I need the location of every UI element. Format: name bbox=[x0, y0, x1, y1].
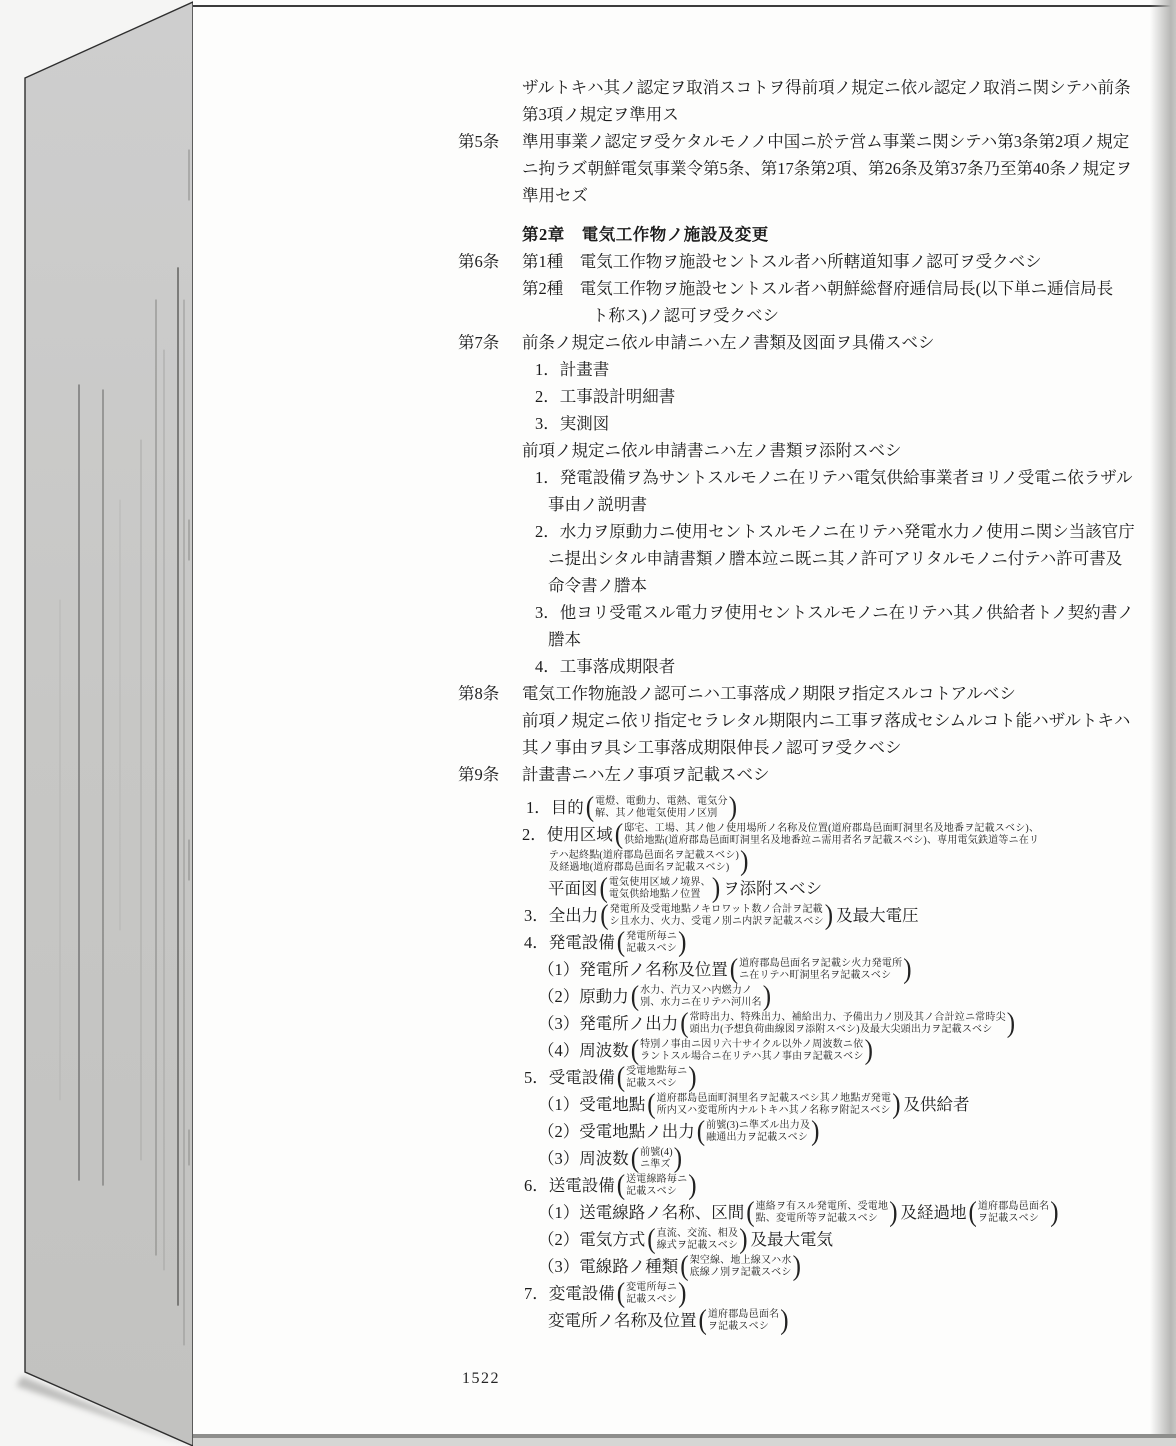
article5-number: 第5条 bbox=[458, 128, 499, 155]
document-text: ザルトキハ其ノ認定ヲ取消スコトヲ得前項ノ規定ニ依ル認定ノ取消ニ関シテハ前条 第3… bbox=[0, 0, 1176, 1446]
body-line: ザルトキハ其ノ認定ヲ取消スコトヲ得前項ノ規定ニ依ル認定ノ取消ニ関シテハ前条 bbox=[0, 74, 1176, 101]
annotation-parens: 道府郡島邑面名ヲ記載スベシ bbox=[698, 1308, 790, 1333]
annotation-parens: 架空線、地上線又ハ水底線ノ別ヲ記載スベシ bbox=[679, 1254, 802, 1279]
scanned-book-photo: { "page_number": "1522", "colors": { "pa… bbox=[0, 0, 1176, 1446]
article8-line: 第8条 電気工作物施設ノ認可ニハ工事落成ノ期限ヲ指定スルコトアルベシ bbox=[0, 680, 1176, 707]
annotation-parens: 送電線路毎ニ記載スベシ bbox=[616, 1173, 698, 1198]
list-item-continuation: 事由ノ説明書 bbox=[0, 491, 1176, 518]
page-number: 1522 bbox=[462, 1370, 500, 1388]
annotation-parens: 発電所毎ニ記載スベシ bbox=[616, 930, 688, 955]
article9-item-5-3: （3）周波数 前號(4)ニ準ズ bbox=[0, 1145, 1176, 1172]
article9-item-5-1: （1）受電地點 道府郡島邑面町洞里名ヲ記載スベシ其ノ地點ガ発電所内又ハ変電所内ナ… bbox=[0, 1091, 1176, 1118]
article5-line: 準用セズ bbox=[0, 182, 1176, 209]
article9-item-7-continuation: 変電所ノ名称及位置 道府郡島邑面名ヲ記載スベシ bbox=[0, 1307, 1176, 1334]
annotation-parens: 連絡ヲ有スル発電所、受電地點、変電所等ヲ記載スベシ bbox=[745, 1200, 898, 1225]
article9-line: 第9条 計畫書ニハ左ノ事項ヲ記載スベシ bbox=[0, 761, 1176, 788]
annotation-parens: 水力、汽力又ハ内燃力ノ別、水力ニ在リテハ河川名 bbox=[630, 984, 772, 1009]
article9-item-5-2: （2）受電地點ノ出力 前號(3)ニ準ズル出力及融通出力ヲ記載スベシ bbox=[0, 1118, 1176, 1145]
article9-item-6: 6．送電設備 送電線路毎ニ記載スベシ bbox=[0, 1172, 1176, 1199]
article9-item-7: 7．変電設備 変電所毎ニ記載スベシ bbox=[0, 1280, 1176, 1307]
article5-line: ニ拘ラズ朝鮮電気事業令第5条、第17条第2項、第26条及第37条乃至第40条ノ規… bbox=[0, 155, 1176, 182]
article9-item-6-1: （1）送電線路ノ名称、区間 連絡ヲ有スル発電所、受電地點、変電所等ヲ記載スベシ … bbox=[0, 1199, 1176, 1226]
list-item: 3．実測図 bbox=[0, 410, 1176, 437]
annotation-parens: 発電所及受電地點ノキロワット数ノ合計ヲ記載シ且水力、火力、受電ノ別ニ内訳ヲ記載ス… bbox=[599, 903, 834, 928]
article6-line: ト称ス)ノ認可ヲ受クベシ bbox=[0, 302, 1176, 329]
list-item: 2．工事設計明細書 bbox=[0, 383, 1176, 410]
article9-item-4-2: （2）原動力 水力、汽力又ハ内燃力ノ別、水力ニ在リテハ河川名 bbox=[0, 983, 1176, 1010]
list-item-continuation: ニ提出シタル申請書類ノ謄本竝ニ既ニ其ノ許可アリタルモノニ付テハ許可書及 bbox=[0, 545, 1176, 572]
article7-line: 前項ノ規定ニ依ル申請書ニハ左ノ書類ヲ添附スベシ bbox=[0, 437, 1176, 464]
article6-line: 第6条 第1種 電気工作物ヲ施設セントスル者ハ所轄道知事ノ認可ヲ受クベシ bbox=[0, 248, 1176, 275]
list-item: 3．他ヨリ受電スル電力ヲ使用セントスルモノニ在リテハ其ノ供給者トノ契約書ノ bbox=[0, 599, 1176, 626]
text-column: ザルトキハ其ノ認定ヲ取消スコトヲ得前項ノ規定ニ依ル認定ノ取消ニ関シテハ前条 第3… bbox=[0, 74, 1176, 1334]
annotation-parens: 邸宅、工場、其ノ他ノ使用場所ノ名称及位置(道府郡島邑面町洞里名及地番ヲ記載スベシ… bbox=[614, 822, 1039, 847]
list-item-continuation: 命令書ノ謄本 bbox=[0, 572, 1176, 599]
annotation-parens: テハ起終點(道府郡島邑面名ヲ記載スベシ)及経過地(道府郡島邑面名ヲ記載スベシ) bbox=[549, 849, 749, 874]
article9-item-5: 5．受電設備 受電地點毎ニ記載スベシ bbox=[0, 1064, 1176, 1091]
article7-line: 第7条 前条ノ規定ニ依ル申請ニハ左ノ書類及図面ヲ具備スベシ bbox=[0, 329, 1176, 356]
list-item-continuation: 謄本 bbox=[0, 626, 1176, 653]
article5-line: 第5条 準用事業ノ認定ヲ受ケタルモノノ中国ニ於テ営ム事業ニ関シテハ第3条第2項ノ… bbox=[0, 128, 1176, 155]
article6-line: 第2種 電気工作物ヲ施設セントスル者ハ朝鮮総督府逓信局長(以下単ニ逓信局長 bbox=[0, 275, 1176, 302]
article8-number: 第8条 bbox=[458, 680, 499, 707]
article9-item-2: 2．使用区域 邸宅、工場、其ノ他ノ使用場所ノ名称及位置(道府郡島邑面町洞里名及地… bbox=[0, 821, 1176, 848]
annotation-parens: 電気使用区域ノ境界、電気供給地點ノ位置 bbox=[599, 876, 722, 901]
article9-number: 第9条 bbox=[458, 761, 499, 788]
article9-item-4-3: （3）発電所ノ出力 常時出力、特殊出力、補給出力、予備出力ノ別及其ノ合計竝ニ常時… bbox=[0, 1010, 1176, 1037]
list-item: 2．水力ヲ原動力ニ使用セントスルモノニ在リテハ発電水力ノ使用ニ関シ当該官庁 bbox=[0, 518, 1176, 545]
article9-item-4: 4．発電設備 発電所毎ニ記載スベシ bbox=[0, 929, 1176, 956]
annotation-parens: 道府郡島邑面名ヲ記載シ火力発電所ニ在リテハ町洞里名ヲ記載スベシ bbox=[729, 957, 913, 982]
article9-item-6-3: （3）電線路ノ種類 架空線、地上線又ハ水底線ノ別ヲ記載スベシ bbox=[0, 1253, 1176, 1280]
article8-line: 前項ノ規定ニ依リ指定セラレタル期限内ニ工事ヲ落成セシムルコト能ハザルトキハ bbox=[0, 707, 1176, 734]
annotation-parens: 前號(4)ニ準ズ bbox=[630, 1146, 683, 1171]
annotation-parens: 変電所毎ニ記載スベシ bbox=[616, 1281, 688, 1306]
article6-number: 第6条 bbox=[458, 248, 499, 275]
annotation-parens: 道府郡島邑面町洞里名ヲ記載スベシ其ノ地點ガ発電所内又ハ変電所内ナルトキハ其ノ名称… bbox=[646, 1092, 901, 1117]
body-line: 第3項ノ規定ヲ準用ス bbox=[0, 101, 1176, 128]
article9-item-2-continuation: テハ起終點(道府郡島邑面名ヲ記載スベシ)及経過地(道府郡島邑面名ヲ記載スベシ) bbox=[0, 848, 1176, 875]
annotation-parens: 受電地點毎ニ記載スベシ bbox=[616, 1065, 698, 1090]
article7-number: 第7条 bbox=[458, 329, 499, 356]
list-item: 4．工事落成期限者 bbox=[0, 653, 1176, 680]
article9-item-1: 1．目的 電燈、電動力、電熱、電気分解、其ノ他電気使用ノ区別 bbox=[0, 794, 1176, 821]
article9-item-4-4: （4）周波数 特別ノ事由ニ因リ六十サイクル以外ノ周波数ニ依ラントスル場合ニ在リテ… bbox=[0, 1037, 1176, 1064]
annotation-parens: 常時出力、特殊出力、補給出力、予備出力ノ別及其ノ合計竝ニ常時尖頭出力(予想負荷曲… bbox=[679, 1011, 1016, 1036]
article9-item-3: 3．全出力 発電所及受電地點ノキロワット数ノ合計ヲ記載シ且水力、火力、受電ノ別ニ… bbox=[0, 902, 1176, 929]
article8-line: 其ノ事由ヲ具シ工事落成期限伸長ノ認可ヲ受クベシ bbox=[0, 734, 1176, 761]
article9-item-6-2: （2）電気方式 直流、交流、相及線式ヲ記載スベシ 及最大電気 bbox=[0, 1226, 1176, 1253]
list-item: 1．発電設備ヲ為サントスルモノニ在リテハ電気供給事業者ヨリノ受電ニ依ラザル bbox=[0, 464, 1176, 491]
annotation-parens: 道府郡島邑面名ヲ記載スベシ bbox=[968, 1200, 1060, 1225]
chapter2-heading: 第2章 電気工作物ノ施設及変更 bbox=[0, 221, 1176, 248]
annotation-parens: 電燈、電動力、電熱、電気分解、其ノ他電気使用ノ区別 bbox=[585, 795, 738, 820]
annotation-parens: 直流、交流、相及線式ヲ記載スベシ bbox=[646, 1227, 748, 1252]
article9-item-4-1: （1）発電所ノ名称及位置 道府郡島邑面名ヲ記載シ火力発電所ニ在リテハ町洞里名ヲ記… bbox=[0, 956, 1176, 983]
article9-item-2-plan: 平面図 電気使用区域ノ境界、電気供給地點ノ位置 ヲ添附スベシ bbox=[0, 875, 1176, 902]
annotation-parens: 前號(3)ニ準ズル出力及融通出力ヲ記載スベシ bbox=[696, 1119, 821, 1144]
annotation-parens: 特別ノ事由ニ因リ六十サイクル以外ノ周波数ニ依ラントスル場合ニ在リテハ其ノ事由ヲ記… bbox=[630, 1038, 874, 1063]
list-item: 1．計畫書 bbox=[0, 356, 1176, 383]
